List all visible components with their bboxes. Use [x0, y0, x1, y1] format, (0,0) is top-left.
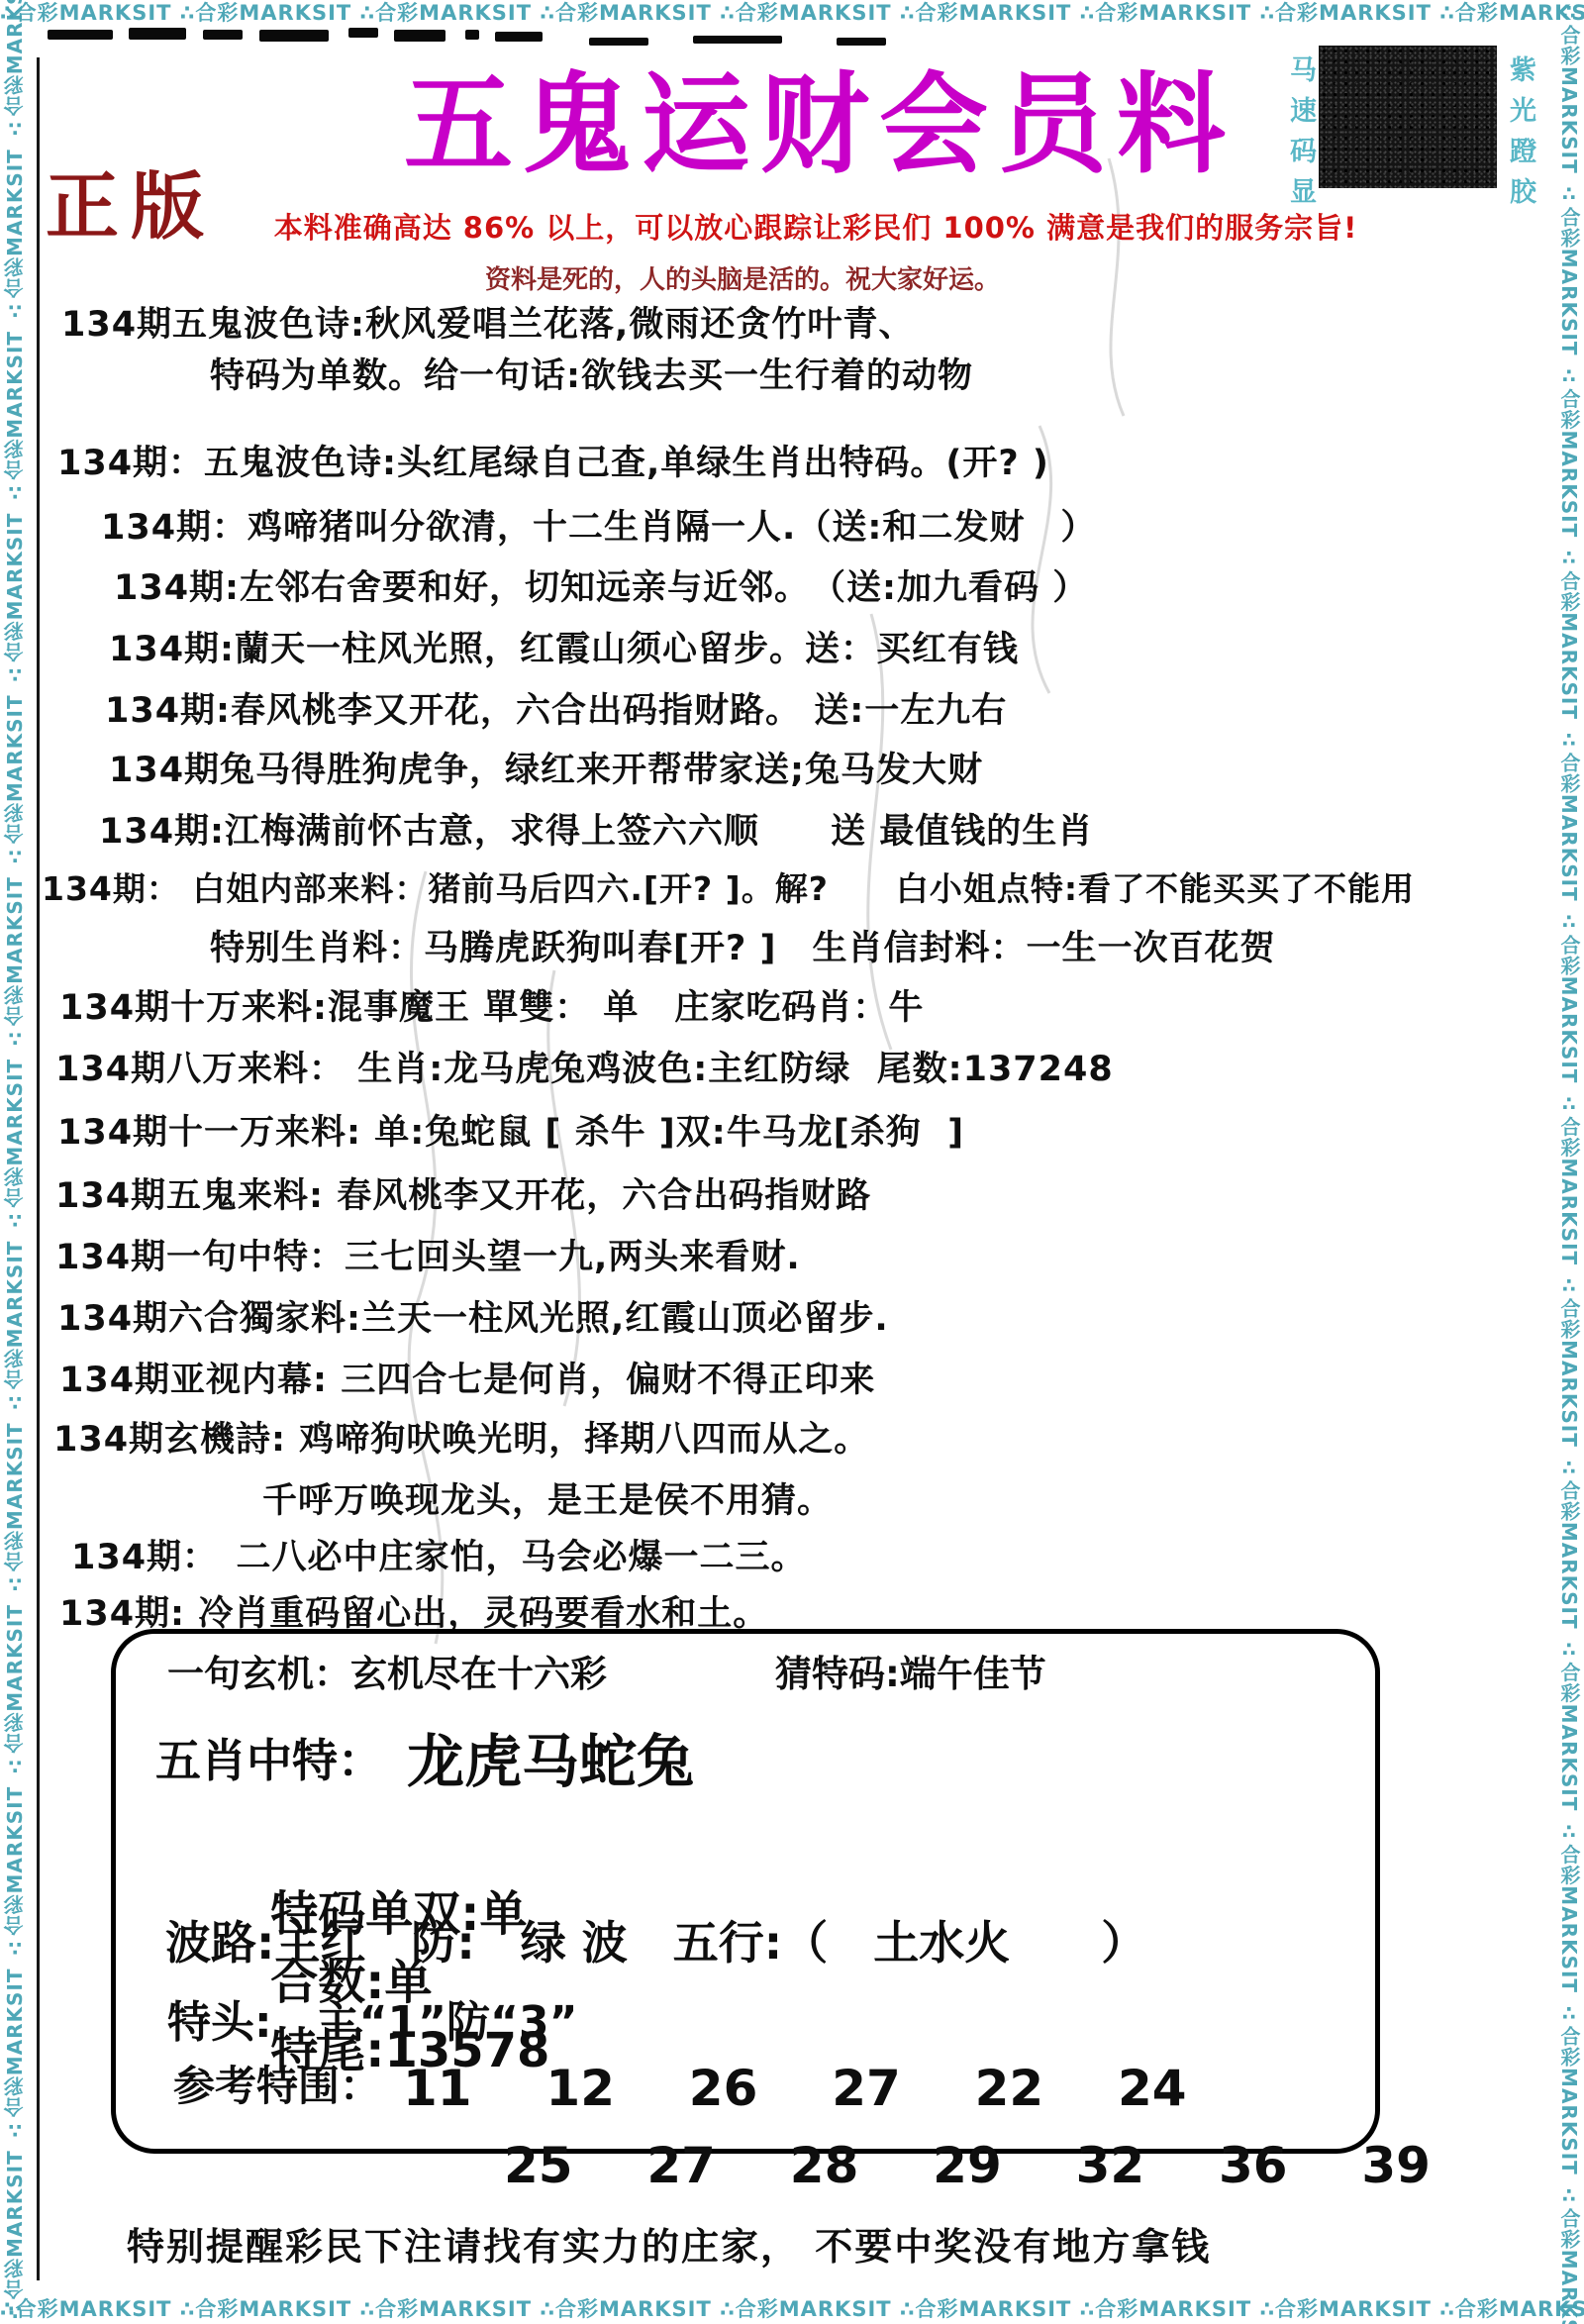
tip-line: 134期： 白姐内部来料：猪前马后四六.[开? ]。解? 白小姐点特:看了不能买… — [42, 863, 1415, 910]
tip-line: 134期： 二八必中庄家怕，马会必爆一二三。 — [71, 1530, 807, 1579]
motto-tagline: 资料是死的，人的头脑是活的。祝大家好运。 — [0, 259, 1534, 296]
tip-line: 134期一句中特：三七回头望一九,两头来看财. — [55, 1230, 801, 1279]
stamp-side-text-right: 紫光蹬胶 — [1501, 55, 1539, 218]
accuracy-tagline: 本料准确高达 86% 以上，可以放心跟踪让彩民们 100% 满意是我们的服务宗旨… — [24, 206, 1584, 247]
marksit-border-right: ∴合彩MARKSIT ∴合彩MARKSIT ∴合彩MARKSIT ∴合彩MARK… — [1550, 0, 1584, 2324]
reference-label: 参考特围： — [173, 2054, 381, 2113]
wave-row: 波路:主红 防: 绿 波 五行:（ 土水火 ） — [165, 1907, 1146, 1972]
ink-remnant — [129, 28, 186, 40]
marksit-border-bottom: ∴合彩MARKSIT ∴合彩MARKSIT ∴合彩MARKSIT ∴合彩MARK… — [0, 2295, 1584, 2324]
tip-line: 134期八万来料： 生肖:龙马虎兔鸡波色:主红防绿 尾数:137248 — [55, 1042, 1114, 1091]
tip-line: 特码为单数。给一句话:欲钱去买一生行着的动物 — [210, 349, 973, 398]
five-zodiac-value: 龙虎马蛇兔 — [407, 1733, 694, 1790]
five-zodiac-row: 五肖中特： 龙虎马蛇兔 — [155, 1725, 694, 1790]
tip-line: 134期:春风桃李又开花，六合出码指财路。 送:一左九右 — [105, 683, 1007, 733]
tip-line: 134期十万来料:混事魔王 單雙： 单 庄家吃码肖：牛 — [59, 980, 924, 1030]
tip-line: 134期：鸡啼猪叫分欲清，十二生肖隔一人.（送:和二发财 ） — [101, 500, 1096, 550]
mystery-hint-row: 一句玄机：玄机尽在十六彩 猜特码:端午佳节 — [167, 1644, 1046, 1697]
tip-line: 134期亚视内幕: 三四合七是何肖，偏财不得正印来 — [59, 1353, 875, 1402]
tip-line: 134期:江梅满前怀古意，求得上签六六顺 送 最值钱的生肖 — [99, 804, 1093, 854]
tip-line: 134期五鬼来料: 春风桃李又开花，六合出码指财路 — [55, 1168, 871, 1218]
five-zodiac-label: 五肖中特： — [155, 1725, 383, 1790]
reference-numbers-2: 25 27 28 29 32 36 39 — [504, 2137, 1431, 2194]
tip-line: 134期：五鬼波色诗:头红尾绿自己查,单绿生肖出特码。(开? ) — [57, 436, 1049, 485]
tip-line: 134期兔马得胜狗虎争，绿红来开帮带家送;兔马发大财 — [109, 743, 983, 792]
spacer — [607, 1644, 775, 1697]
left-frame-line — [37, 57, 40, 2280]
reference-numbers-row: 参考特围： 11 12 26 27 22 24 — [173, 2054, 1187, 2117]
head-row: 特头: 主“1”防“3” — [167, 1986, 578, 2050]
reference-numbers-1: 11 12 26 27 22 24 — [403, 2060, 1187, 2117]
marksit-border-top: ∴合彩MARKSIT ∴合彩MARKSIT ∴合彩MARKSIT ∴合彩MARK… — [0, 0, 1584, 27]
tip-line: 134期:蘭天一柱风光照，红霞山须心留步。送：买红有钱 — [109, 622, 1019, 671]
tip-line: 134期六合獨家料:兰天一柱风光照,红霞山顶必留步. — [57, 1291, 889, 1341]
tip-line: 千呼万唤现龙头，是王是侯不用猜。 — [262, 1473, 833, 1523]
tip-line: 134期玄機詩: 鸡啼狗吠唤光明，择期八四而从之。 — [53, 1412, 869, 1462]
ink-remnant — [203, 30, 243, 40]
mystery-hint: 一句玄机：玄机尽在十六彩 — [167, 1644, 607, 1697]
stamp-side-text-left: 马速码显 — [1281, 55, 1320, 218]
page-title: 五鬼运财会员料 — [404, 38, 1236, 194]
predictions-box: 一句玄机：玄机尽在十六彩 猜特码:端午佳节 五肖中特： 龙虎马蛇兔 特码单双:单… — [111, 1629, 1380, 2154]
ink-remnant — [48, 30, 113, 40]
tip-line: 特别生肖料：马腾虎跃狗叫春[开? ] 生肖信封料：一生一次百花贺 — [210, 921, 1275, 970]
marksit-border-left: ∴合彩MARKSIT ∴合彩MARKSIT ∴合彩MARKSIT ∴合彩MARK… — [0, 0, 33, 2324]
tip-line: 134期十一万来料: 单:兔蛇鼠 [ 杀牛 ]双:牛马龙[杀狗 ] — [57, 1105, 964, 1155]
special-code-guess: 猜特码:端午佳节 — [775, 1644, 1046, 1697]
tip-line: 134期:左邻右舍要和好，切知远亲与近邻。 （送:加九看码 ） — [114, 560, 1088, 610]
stamp-image — [1319, 46, 1497, 188]
ink-remnant — [348, 28, 378, 38]
tip-sheet-page: ∴合彩MARKSIT ∴合彩MARKSIT ∴合彩MARKSIT ∴合彩MARK… — [0, 0, 1584, 2324]
tip-line: 134期五鬼波色诗:秋风爱唱兰花落,微雨还贪竹叶青、 — [61, 297, 914, 347]
ink-remnant — [259, 30, 329, 42]
footer-notice: 特别提醒彩民下注请找有实力的庄家， 不要中奖没有地方拿钱 — [127, 2216, 1211, 2271]
